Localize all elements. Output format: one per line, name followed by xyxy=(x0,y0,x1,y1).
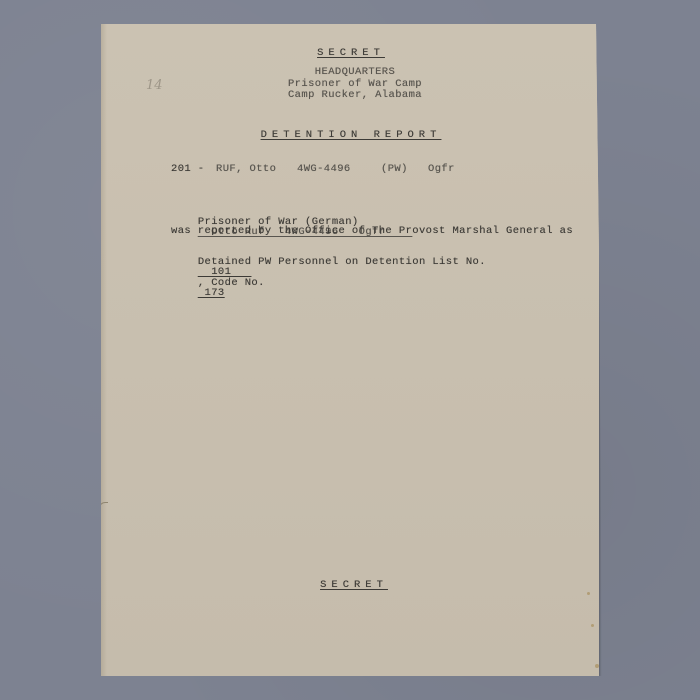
code-number: 173 xyxy=(198,287,225,299)
header-line-2: Prisoner of War Camp xyxy=(288,79,422,90)
margin-note: 14 xyxy=(146,78,163,93)
paper-tear xyxy=(99,502,108,509)
prisoner-name: RUF, Otto xyxy=(216,164,276,175)
prisoner-rank: Ogfr xyxy=(428,164,455,175)
header-line-1: HEADQUARTERS xyxy=(315,67,395,78)
classification-top: SECRET xyxy=(317,48,385,59)
prisoner-status: (PW) xyxy=(381,164,408,175)
paper-stain xyxy=(587,592,590,595)
body-line-2: was reported by the Office of The Provos… xyxy=(171,226,573,237)
header-line-3: Camp Rucker, Alabama xyxy=(288,90,422,101)
classification-bottom: SECRET xyxy=(320,580,388,591)
paper-stain xyxy=(595,664,599,668)
paper-edge-shadow xyxy=(101,24,107,676)
prisoner-serial: 4WG-4496 xyxy=(297,164,351,175)
document-title: DETENTION REPORT xyxy=(261,130,442,141)
file-number: 201 - xyxy=(171,164,205,175)
paper-stain xyxy=(591,624,594,627)
